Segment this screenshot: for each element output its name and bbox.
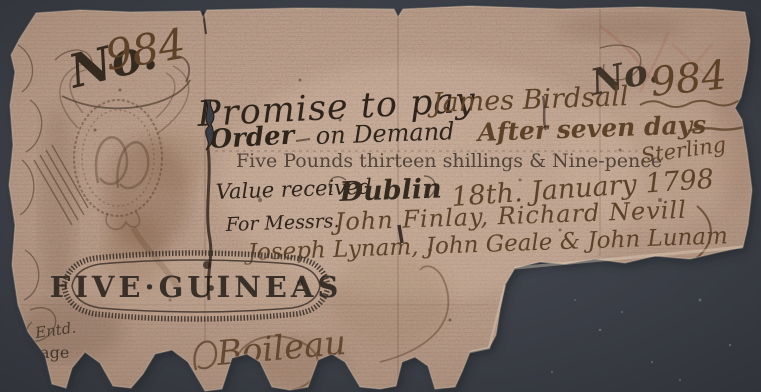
banknote-photo: No. 984 No. 984 Promise to pay James Bir… xyxy=(0,0,761,392)
amount-text: Five Pounds thirteen shillings & Nine-pe… xyxy=(236,150,662,172)
banknote-canvas: No. 984 No. 984 Promise to pay James Bir… xyxy=(0,0,761,392)
denomination-cartouche: FIVE·GUINEAS xyxy=(50,253,343,319)
denomination-text: FIVE·GUINEAS xyxy=(50,270,343,304)
drawn-for-text: For Messrs. xyxy=(224,210,339,236)
place-name: Dublin xyxy=(338,173,442,208)
serial-right-number: 984 xyxy=(648,52,729,106)
demand-text: on Demand xyxy=(315,117,455,150)
